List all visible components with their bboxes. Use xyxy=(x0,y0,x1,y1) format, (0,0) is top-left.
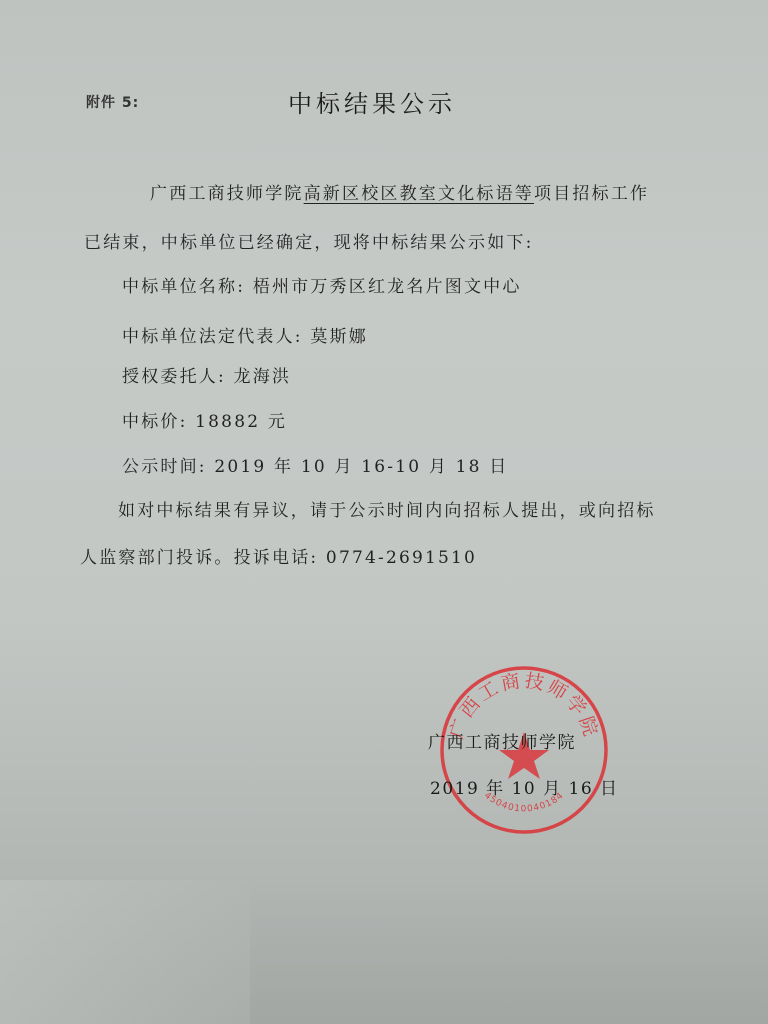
project-name: 高新区校区教室文化标语等 xyxy=(304,184,534,204)
intro-line-2: 已结束，中标单位已经确定，现将中标结果公示如下: xyxy=(84,228,534,253)
intro-prefix: 广西工商技师学院 xyxy=(150,184,304,204)
field-value: 2019 年 10 月 16-10 月 18 日 xyxy=(214,457,508,477)
field-winner-name: 中标单位名称: 梧州市万秀区红龙名片图文中心 xyxy=(122,272,522,297)
objection-line-2: 人监察部门投诉。投诉电话: 0774-2691510 xyxy=(80,543,477,568)
intro-suffix: 项目招标工作 xyxy=(534,184,649,204)
attachment-label: 附件 5: xyxy=(86,92,139,112)
field-label: 授权委托人: xyxy=(122,367,226,387)
field-label: 中标价: xyxy=(122,412,188,432)
page-shadow xyxy=(250,880,768,1024)
field-label: 中标单位名称: xyxy=(122,277,245,297)
field-value: 梧州市万秀区红龙名片图文中心 xyxy=(253,277,522,297)
field-announcement-period: 公示时间: 2019 年 10 月 16-10 月 18 日 xyxy=(122,452,509,477)
signature-organization: 广西工商技师学院 xyxy=(428,728,576,753)
objection-line-1: 如对中标结果有异议，请于公示时间内向招标人提出，或向招标 xyxy=(118,496,656,521)
signature-date: 2019 年 10 月 16 日 xyxy=(430,774,619,799)
field-value: 18882 元 xyxy=(195,412,287,432)
field-legal-representative: 中标单位法定代表人: 莫斯娜 xyxy=(122,322,368,347)
field-label: 中标单位法定代表人: xyxy=(122,327,303,347)
field-winning-price: 中标价: 18882 元 xyxy=(122,407,287,432)
document-page: 附件 5: 中标结果公示 广西工商技师学院高新区校区教室文化标语等项目招标工作 … xyxy=(0,0,768,1024)
intro-line-1: 广西工商技师学院高新区校区教室文化标语等项目招标工作 xyxy=(150,179,649,204)
field-value: 莫斯娜 xyxy=(310,327,368,347)
page-shadow xyxy=(0,880,260,1024)
page-title: 中标结果公示 xyxy=(288,84,456,119)
field-label: 公示时间: xyxy=(122,457,207,477)
field-value: 龙海洪 xyxy=(234,367,292,387)
field-authorized-agent: 授权委托人: 龙海洪 xyxy=(122,362,291,387)
